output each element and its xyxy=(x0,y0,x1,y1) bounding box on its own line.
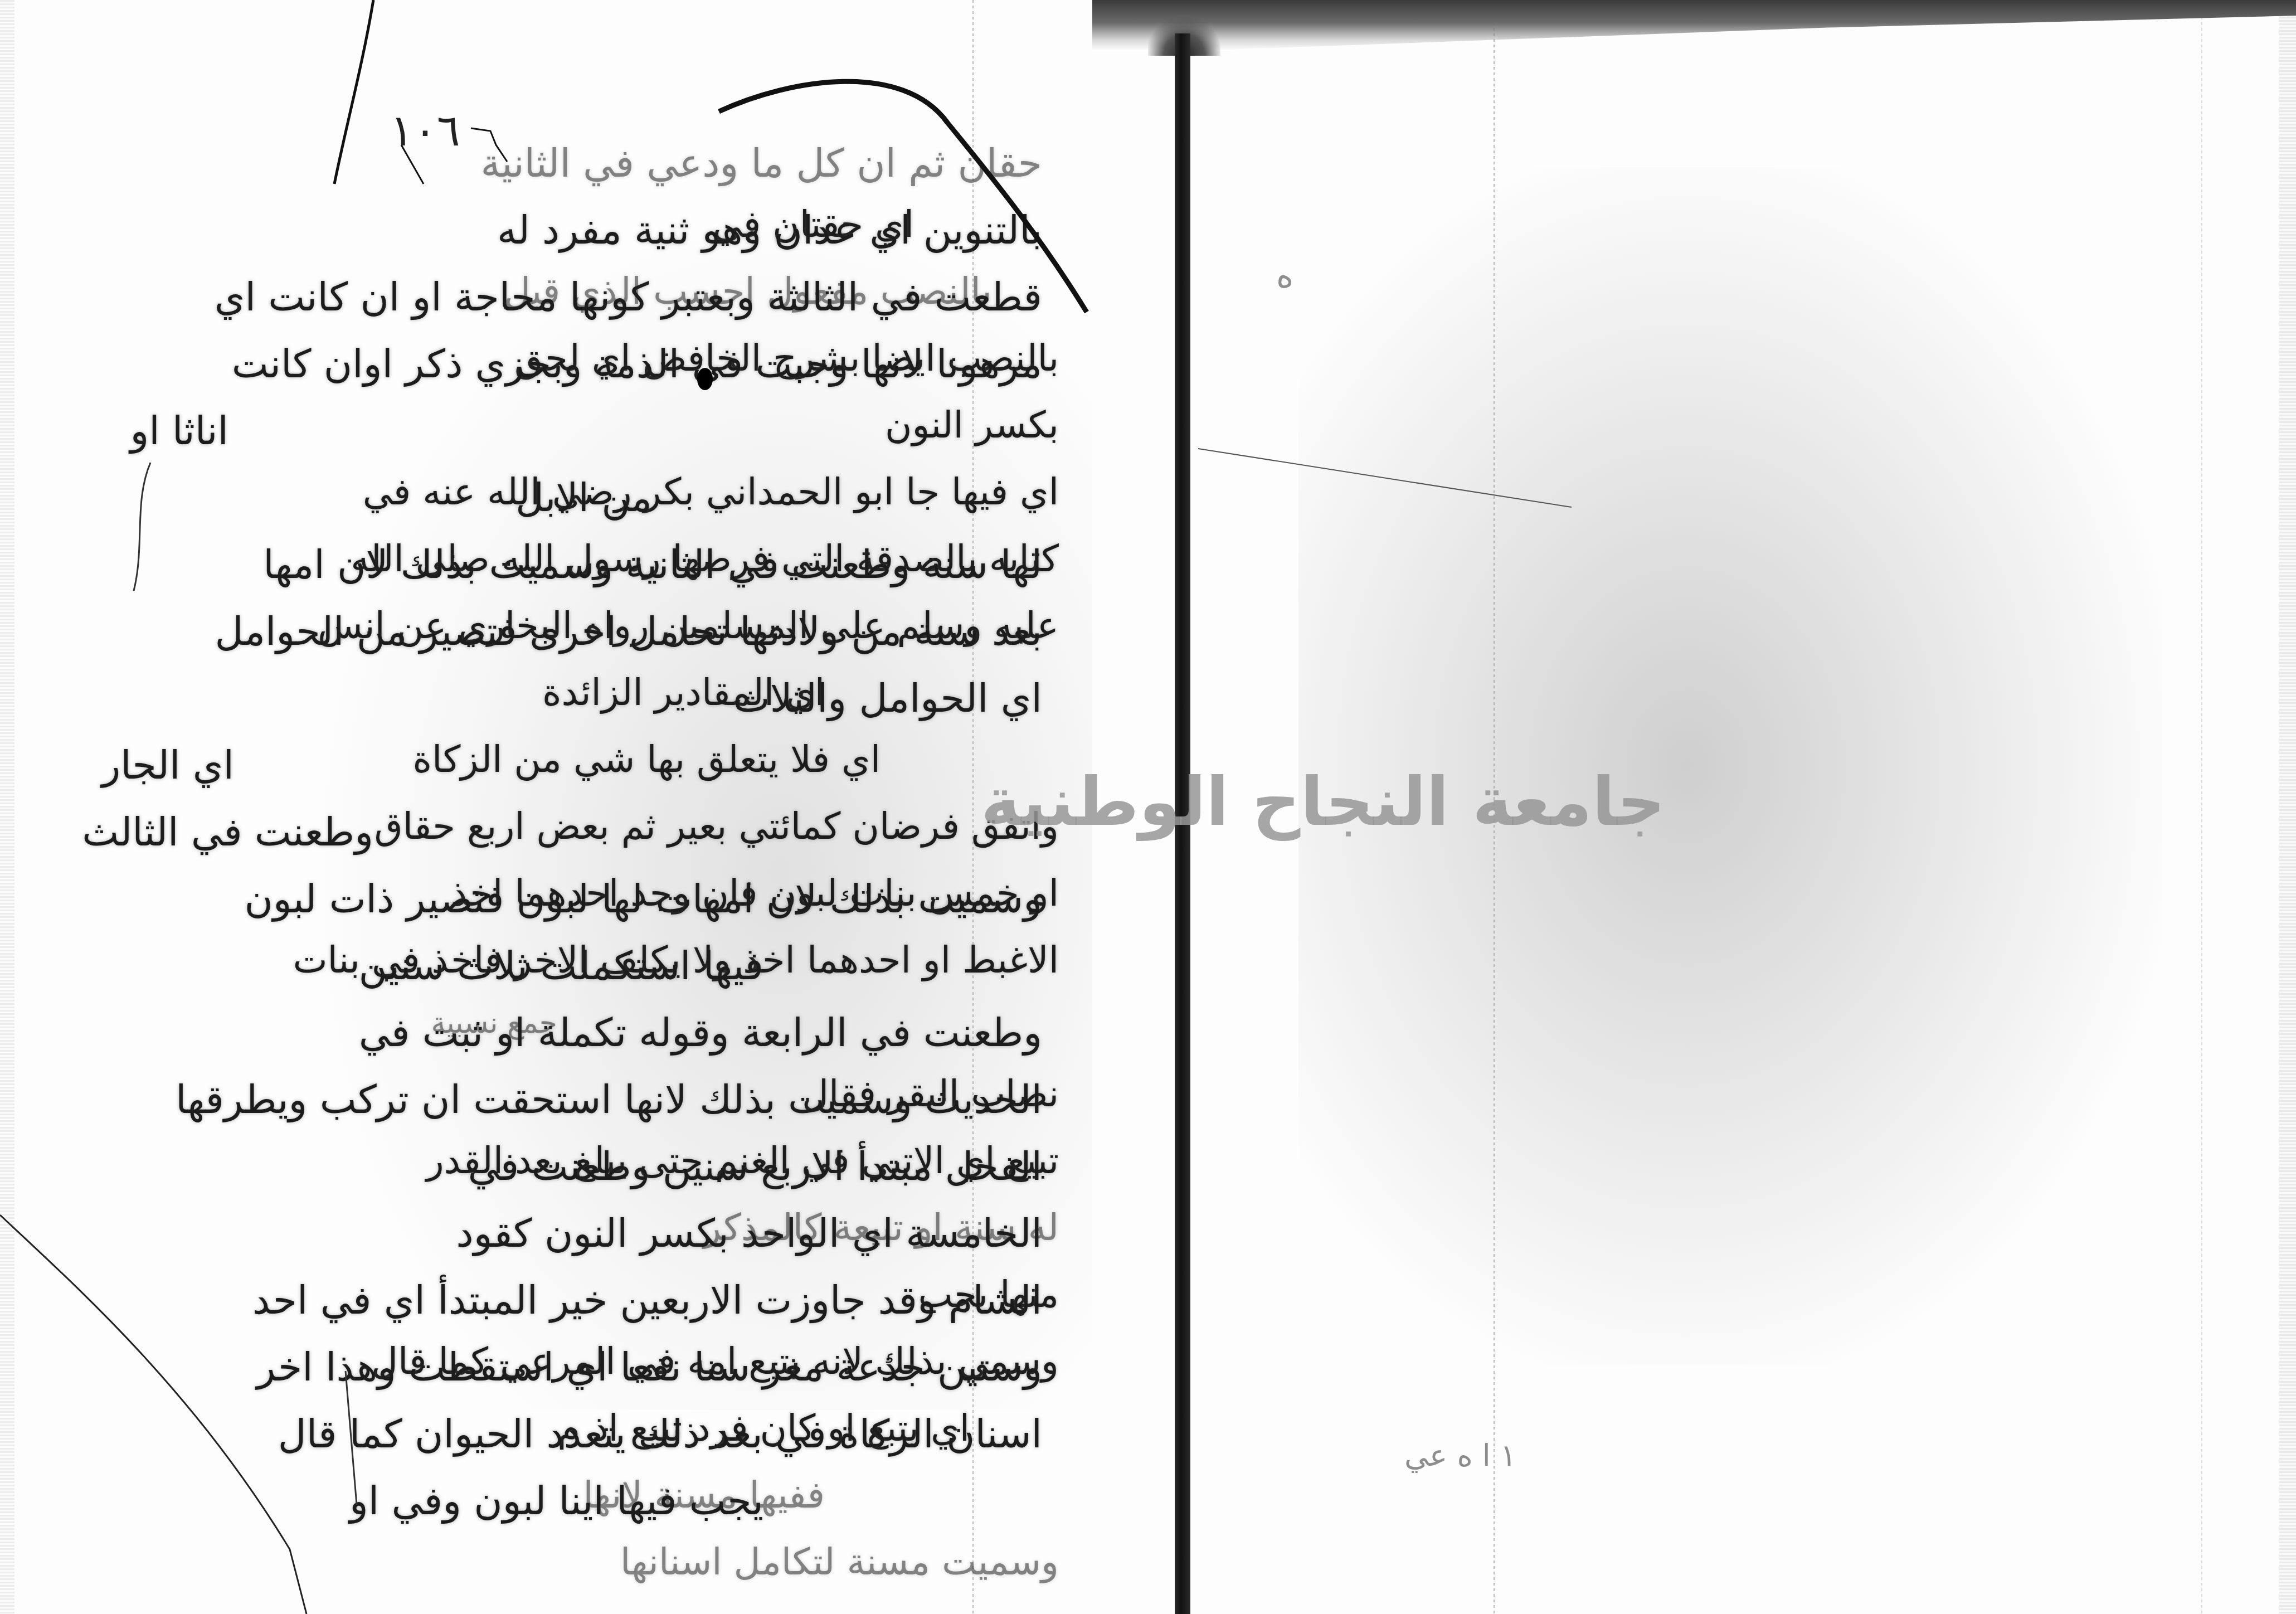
manuscript-spread: ١٠٦ اي حقتان في بالنصب مفعول احسب الذي ق… xyxy=(0,0,2296,1614)
institution-watermark: جامعة النجاح الوطنية xyxy=(981,764,1665,841)
